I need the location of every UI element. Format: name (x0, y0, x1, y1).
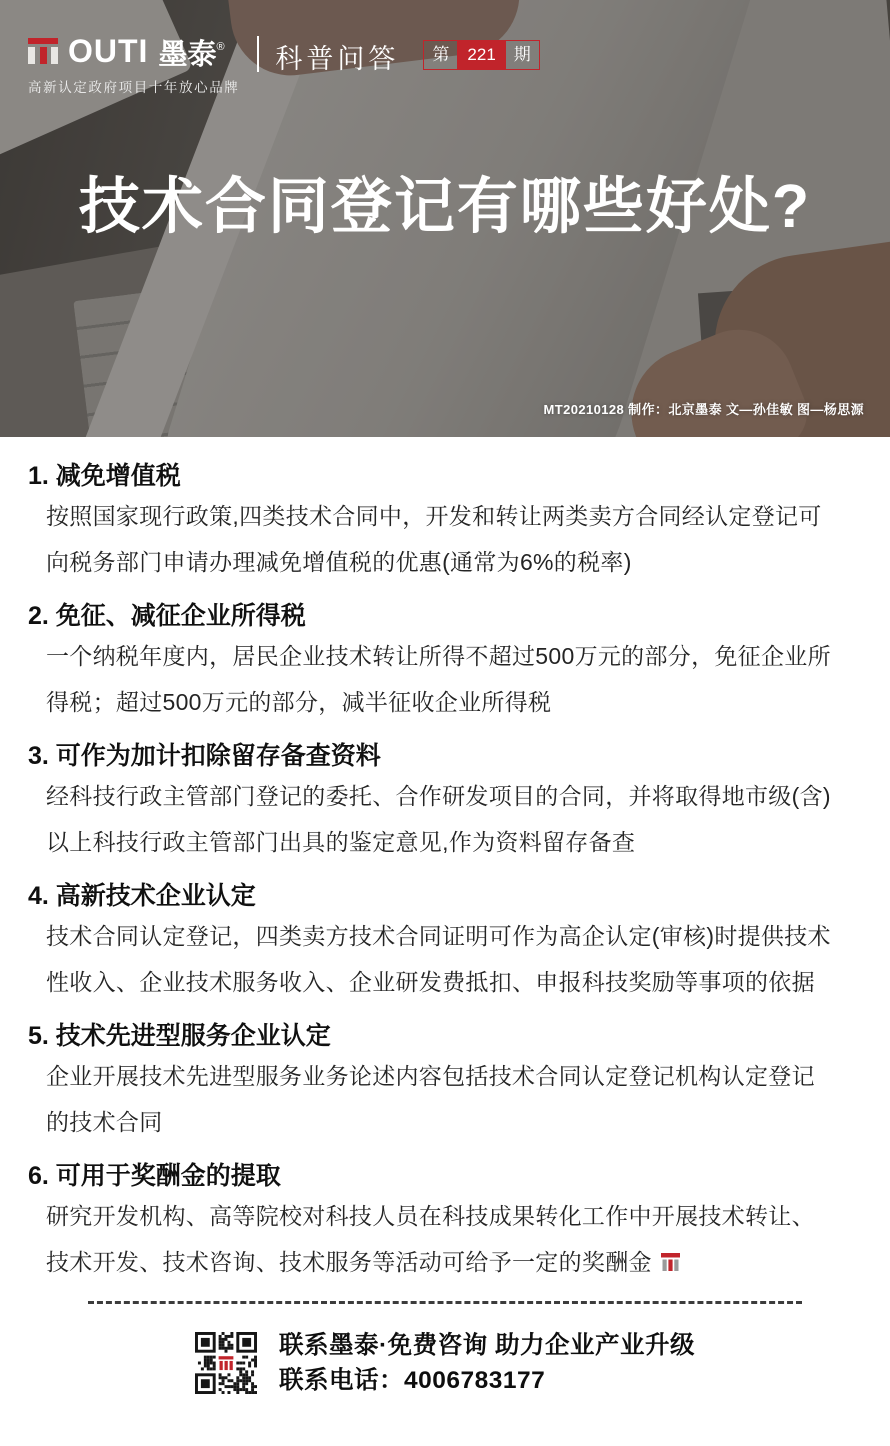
section-heading: 1. 减免增值税 (28, 459, 862, 493)
credit-line: MT20210128 制作：北京墨泰 文—孙佳敏 图—杨思源 (544, 399, 864, 418)
section-heading: 3. 可作为加计扣除留存备查资料 (28, 739, 862, 773)
section-text-line: 得税；超过500万元的部分，减半征收企业所得税 (28, 679, 862, 725)
section-4-high-tech-certification: 4. 高新技术企业认定 技术合同认定登记，四类卖方技术合同证明可作为高企认定(审… (28, 879, 862, 1005)
issue-badge: 第 221 期 (423, 40, 539, 70)
footer-contact: 联系墨泰·免费咨询 助力企业产业升级 联系电话：4006783177 (28, 1328, 862, 1398)
logo-bar (28, 38, 58, 44)
logo-column-center (40, 47, 47, 64)
section-text-line: 按照国家现行政策,四类技术合同中，开发和转让两类卖方合同经认定登记可 (28, 493, 862, 539)
section-text-line: 经科技行政主管部门登记的委托、合作研发项目的合同，并将取得地市级(含) (28, 773, 862, 819)
header: OUTI 墨泰® 高新认定政府项目十年放心品牌 科普问答 第 221 期 (28, 32, 540, 96)
section-heading: 4. 高新技术企业认定 (28, 879, 862, 913)
issue-suffix: 期 (506, 41, 539, 69)
section-text-line: 研究开发机构、高等院校对科技人员在科技成果转化工作中开展技术转让、 (28, 1193, 862, 1239)
section-heading: 6. 可用于奖酬金的提取 (28, 1159, 862, 1193)
benefits-list: 1. 减免增值税 按照国家现行政策,四类技术合同中，开发和转让两类卖方合同经认定… (0, 437, 890, 1398)
brand-name-chinese: 墨泰® (158, 32, 224, 70)
issue-number: 221 (457, 41, 505, 69)
section-heading: 2. 免征、减征企业所得税 (28, 599, 862, 633)
section-text-line: 技术合同认定登记，四类卖方技术合同证明可作为高企认定(审核)时提供技术 (28, 913, 862, 959)
registered-trademark-mark: ® (216, 41, 224, 53)
brand-tagline: 高新认定政府项目十年放心品牌 (28, 76, 239, 96)
brand-name-latin: OUTI (68, 36, 148, 66)
dashed-divider (88, 1301, 802, 1304)
issue-prefix: 第 (424, 41, 457, 69)
section-6-reward-withdrawal: 6. 可用于奖酬金的提取 研究开发机构、高等院校对科技人员在科技成果转化工作中开… (28, 1159, 862, 1285)
section-heading: 5. 技术先进型服务企业认定 (28, 1019, 862, 1053)
section-text-line: 向税务部门申请办理减免增值税的优惠(通常为6%的税率) (28, 539, 862, 585)
mouti-gate-logo-icon (28, 38, 58, 65)
footer-text-block: 联系墨泰·免费咨询 助力企业产业升级 联系电话：4006783177 (279, 1328, 695, 1398)
brand-cn-text: 墨泰 (158, 39, 216, 71)
brand-block: OUTI 墨泰® 高新认定政府项目十年放心品牌 (28, 32, 239, 96)
section-3-deduction-records: 3. 可作为加计扣除留存备查资料 经科技行政主管部门登记的委托、合作研发项目的合… (28, 739, 862, 865)
section-text-line: 一个纳税年度内，居民企业技术转让所得不超过500万元的部分，免征企业所 (28, 633, 862, 679)
section-text: 技术开发、技术咨询、技术服务等活动可给予一定的奖酬金 (46, 1249, 652, 1275)
page-title: 技术合同登记有哪些好处? (0, 166, 890, 246)
header-divider (257, 36, 259, 72)
poster-page: OUTI 墨泰® 高新认定政府项目十年放心品牌 科普问答 第 221 期 技术合… (0, 0, 890, 1446)
section-text-line: 以上科技行政主管部门出具的鉴定意见,作为资料留存备查 (28, 819, 862, 865)
section-text-line: 性收入、企业技术服务收入、企业研发费抵扣、申报科技奖励等事项的依据 (28, 959, 862, 1005)
footer-slogan: 联系墨泰·免费咨询 助力企业产业升级 (279, 1328, 695, 1363)
section-2-income-tax: 2. 免征、减征企业所得税 一个纳税年度内，居民企业技术转让所得不超过500万元… (28, 599, 862, 725)
brand-lockup: OUTI 墨泰® (28, 32, 239, 70)
section-text-line: 的技术合同 (28, 1099, 862, 1145)
logo-column-left (28, 47, 35, 64)
section-text-line: 企业开展技术先进型服务业务论述内容包括技术合同认定登记机构认定登记 (28, 1053, 862, 1099)
footer-phone: 联系电话：4006783177 (279, 1363, 695, 1398)
column-title: 科普问答 (275, 37, 399, 76)
section-1-vat-reduction: 1. 减免增值税 按照国家现行政策,四类技术合同中，开发和转让两类卖方合同经认定… (28, 459, 862, 585)
mouti-gate-end-icon (661, 1253, 680, 1271)
section-text-line: 技术开发、技术咨询、技术服务等活动可给予一定的奖酬金 (28, 1239, 862, 1285)
logo-column-right (51, 47, 58, 64)
logo-columns (28, 47, 58, 64)
qr-code (195, 1332, 257, 1394)
section-5-advanced-service-certification: 5. 技术先进型服务企业认定 企业开展技术先进型服务业务论述内容包括技术合同认定… (28, 1019, 862, 1145)
